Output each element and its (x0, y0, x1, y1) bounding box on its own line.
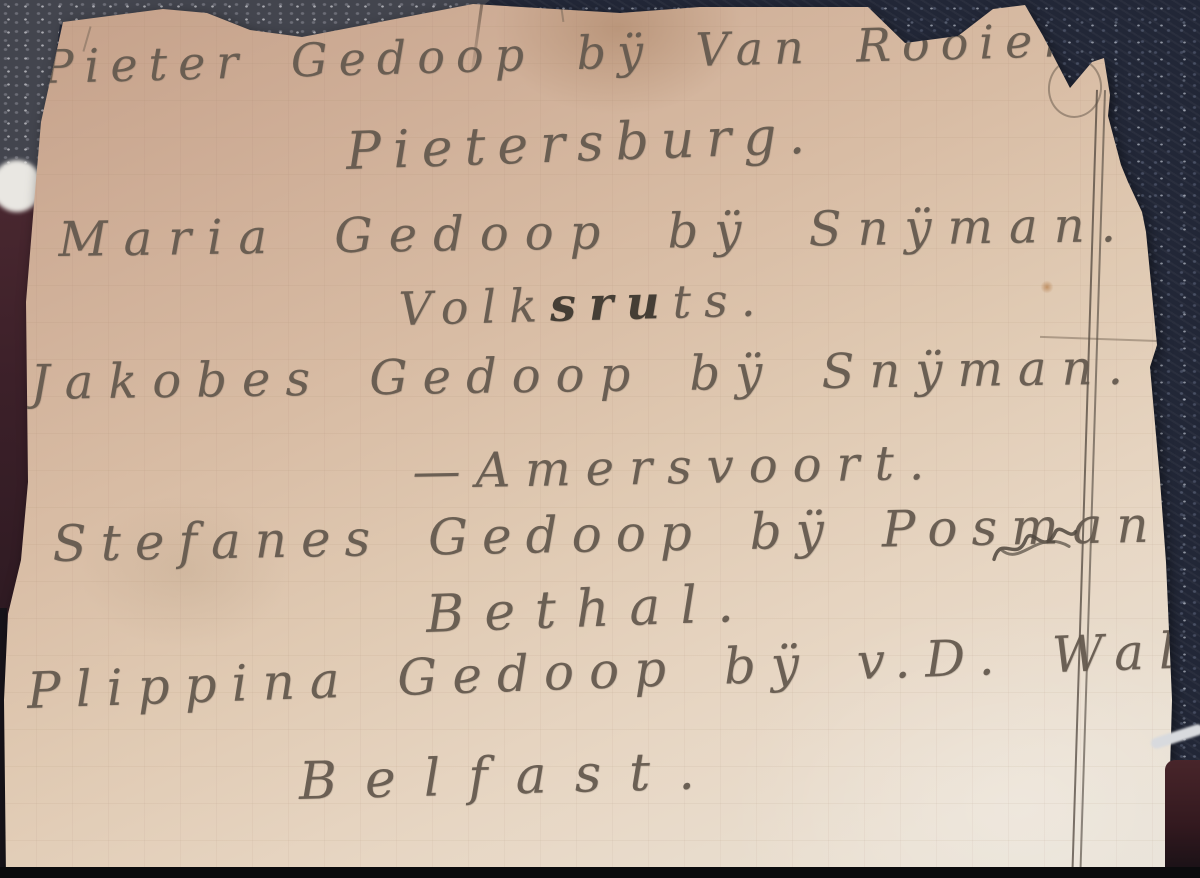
town-part-light: Volk (398, 278, 551, 336)
paper-shadow-wrapper: Pieter Gedoop bÿ Van Rooien. Pietersburg… (0, 0, 1200, 878)
town-part-light: ts. (672, 272, 769, 328)
handwritten-town-belfast: Belfast. (298, 741, 723, 812)
town-part-overwritten: sru (549, 275, 673, 332)
torn-paper: Pieter Gedoop bÿ Van Rooien. Pietersburg… (0, 0, 1200, 878)
handwritten-town-amersvoort: —Amersvoort. (412, 435, 939, 500)
handwritten-town-bethal: Bethal. (425, 574, 754, 645)
scribble-mark (982, 515, 1087, 580)
fabric-blob-bottom-right (1165, 760, 1200, 878)
photo-of-handwritten-note: Pieter Gedoop bÿ Van Rooien. Pietersburg… (0, 0, 1200, 878)
black-bottom-strip (0, 867, 1200, 878)
handwritten-town-volksruts: Volksruts. (398, 272, 769, 336)
